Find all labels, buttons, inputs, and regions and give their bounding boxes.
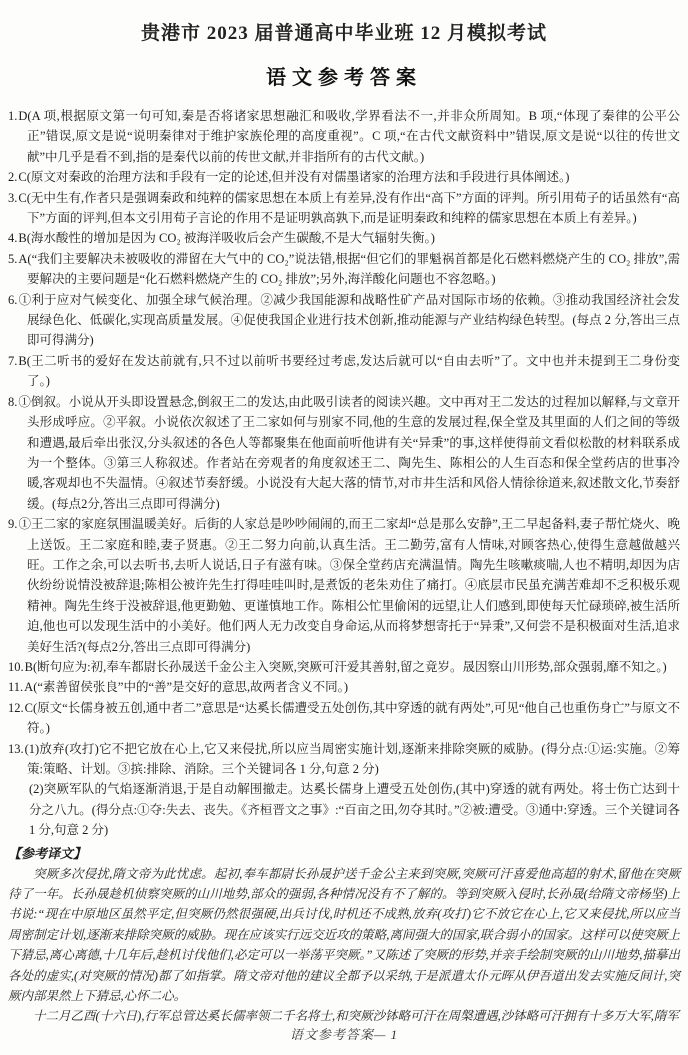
answer-text: (1)放弃(攻打)它不把它放在心上,它又来侵扰,所以应当周密实施计划,逐渐来排除… (25, 742, 680, 776)
answer-number: 11. (8, 680, 24, 694)
answer-text: (2)突厥军队的气焰逐渐消退,于是自动解围撤走。达奚长儒身上遭受五处创伤,(其中… (29, 782, 680, 837)
page-footer: 语文参考答案— 1 (0, 1024, 688, 1043)
answer-number: 5. (8, 252, 18, 266)
answer-number: 6. (8, 293, 18, 307)
answer-number: 8. (8, 395, 18, 409)
answer-text: C(原文对秦政的治理方法和手段有一定的论述,但并没有对儒墨诸家的治理方法和手段进… (18, 170, 569, 184)
answer-text: ①倒叙。小说从开头即设置悬念,倒叙王二的发达,由此吸引读者的阅读兴趣。文中再对王… (18, 395, 680, 511)
answer-text: A(“素善留侯张良”中的“善”是交好的意思,故两者含义不同。) (24, 680, 348, 694)
answer-number: 2. (8, 170, 18, 184)
page-title: 贵港市 2023 届普通高中毕业班 12 月模拟考试 (8, 18, 680, 45)
answer-item-5: 5.A(“我们主要解决未被吸收的滞留在大气中的 CO₂”说法错,根据“但它们的罪… (8, 249, 680, 290)
answer-item-11: 11.A(“素善留侯张良”中的“善”是交好的意思,故两者含义不同。) (8, 677, 680, 697)
translation-heading: 【参考译文】 (8, 843, 680, 864)
answer-text: B(海水酸性的增加是因为 CO₂ 被海洋吸收后会产生碳酸,不是大气辐射失衡。) (18, 231, 435, 245)
answer-item-1: 1.D(A 项,根据原文第一句可知,秦是否将诸家思想融汇和吸收,学界看法不一,并… (8, 106, 680, 167)
answer-number: 9. (8, 517, 18, 531)
answer-text: B(断句应为:初,奉车都尉长孙晟送千金公主入突厥,突厥可汗爱其善射,留之竟岁。晟… (25, 660, 667, 674)
answer-text: C(原文“长儒身被五创,通中者二”意思是“达奚长儒遭受五处创伤,其中穿透的就有两… (25, 701, 680, 735)
answer-text: ①王二家的家庭氛围温暖美好。后街的人家总是吵吵闹闹的,而王二家却“总是那么安静”… (18, 517, 680, 653)
answer-number: 4. (8, 231, 18, 245)
answer-number: 3. (8, 191, 18, 205)
answer-item-13-part-1: 13.(1)放弃(攻打)它不把它放在心上,它又来侵扰,所以应当周密实施计划,逐渐… (8, 739, 680, 780)
answer-item-10: 10.B(断句应为:初,奉车都尉长孙晟送千金公主入突厥,突厥可汗爱其善射,留之竟… (8, 657, 680, 677)
answer-number: 1. (8, 109, 18, 123)
answer-number: 10. (8, 660, 25, 674)
page-subtitle: 语文参考答案 (8, 61, 680, 90)
answer-item-3: 3.C(无中生有,作者只是强调秦政和纯粹的儒家思想在本质上有差异,没有作出“高下… (8, 188, 680, 229)
answer-item-7: 7.B(王二听书的爱好在发达前就有,只不过以前听书要经过考虑,发达后就可以“自由… (8, 351, 680, 392)
answer-text: B(王二听书的爱好在发达前就有,只不过以前听书要经过考虑,发达后就可以“自由去听… (18, 354, 680, 388)
translation-paragraph-1: 突厥多次侵扰,隋文帝为此忧虑。起初,奉车都尉长孙晟护送千金公主来到突厥,突厥可汗… (8, 864, 680, 1007)
answer-text: ①利于应对气候变化、加强全球气候治理。②减少我国能源和战略性矿产品对国际市场的依… (18, 293, 680, 348)
answers-section: 1.D(A 项,根据原文第一句可知,秦是否将诸家思想融汇和吸收,学界看法不一,并… (8, 106, 680, 841)
answer-text: A(“我们主要解决未被吸收的滞留在大气中的 CO₂”说法错,根据“但它们的罪魁祸… (18, 252, 680, 286)
answer-number: 7. (8, 354, 18, 368)
answer-number: 12. (8, 701, 25, 715)
answer-item-2: 2.C(原文对秦政的治理方法和手段有一定的论述,但并没有对儒墨诸家的治理方法和手… (8, 167, 680, 187)
answer-number: 13. (8, 742, 25, 756)
answer-item-8: 8.①倒叙。小说从开头即设置悬念,倒叙王二的发达,由此吸引读者的阅读兴趣。文中再… (8, 392, 680, 514)
answer-text: D(A 项,根据原文第一句可知,秦是否将诸家思想融汇和吸收,学界看法不一,并非众… (18, 109, 680, 164)
answer-item-12: 12.C(原文“长儒身被五创,通中者二”意思是“达奚长儒遭受五处创伤,其中穿透的… (8, 698, 680, 739)
document-page: 贵港市 2023 届普通高中毕业班 12 月模拟考试 语文参考答案 1.D(A … (0, 0, 688, 1055)
answer-text: C(无中生有,作者只是强调秦政和纯粹的儒家思想在本质上有差异,没有作出“高下”方… (18, 191, 680, 225)
answer-item-6: 6.①利于应对气候变化、加强全球气候治理。②减少我国能源和战略性矿产品对国际市场… (8, 290, 680, 351)
answer-item-4: 4.B(海水酸性的增加是因为 CO₂ 被海洋吸收后会产生碳酸,不是大气辐射失衡。… (8, 228, 680, 248)
answer-item-13-part-2: (2)突厥军队的气焰逐渐消退,于是自动解围撤走。达奚长儒身上遭受五处创伤,(其中… (8, 779, 680, 840)
answer-item-9: 9.①王二家的家庭氛围温暖美好。后街的人家总是吵吵闹闹的,而王二家却“总是那么安… (8, 514, 680, 657)
